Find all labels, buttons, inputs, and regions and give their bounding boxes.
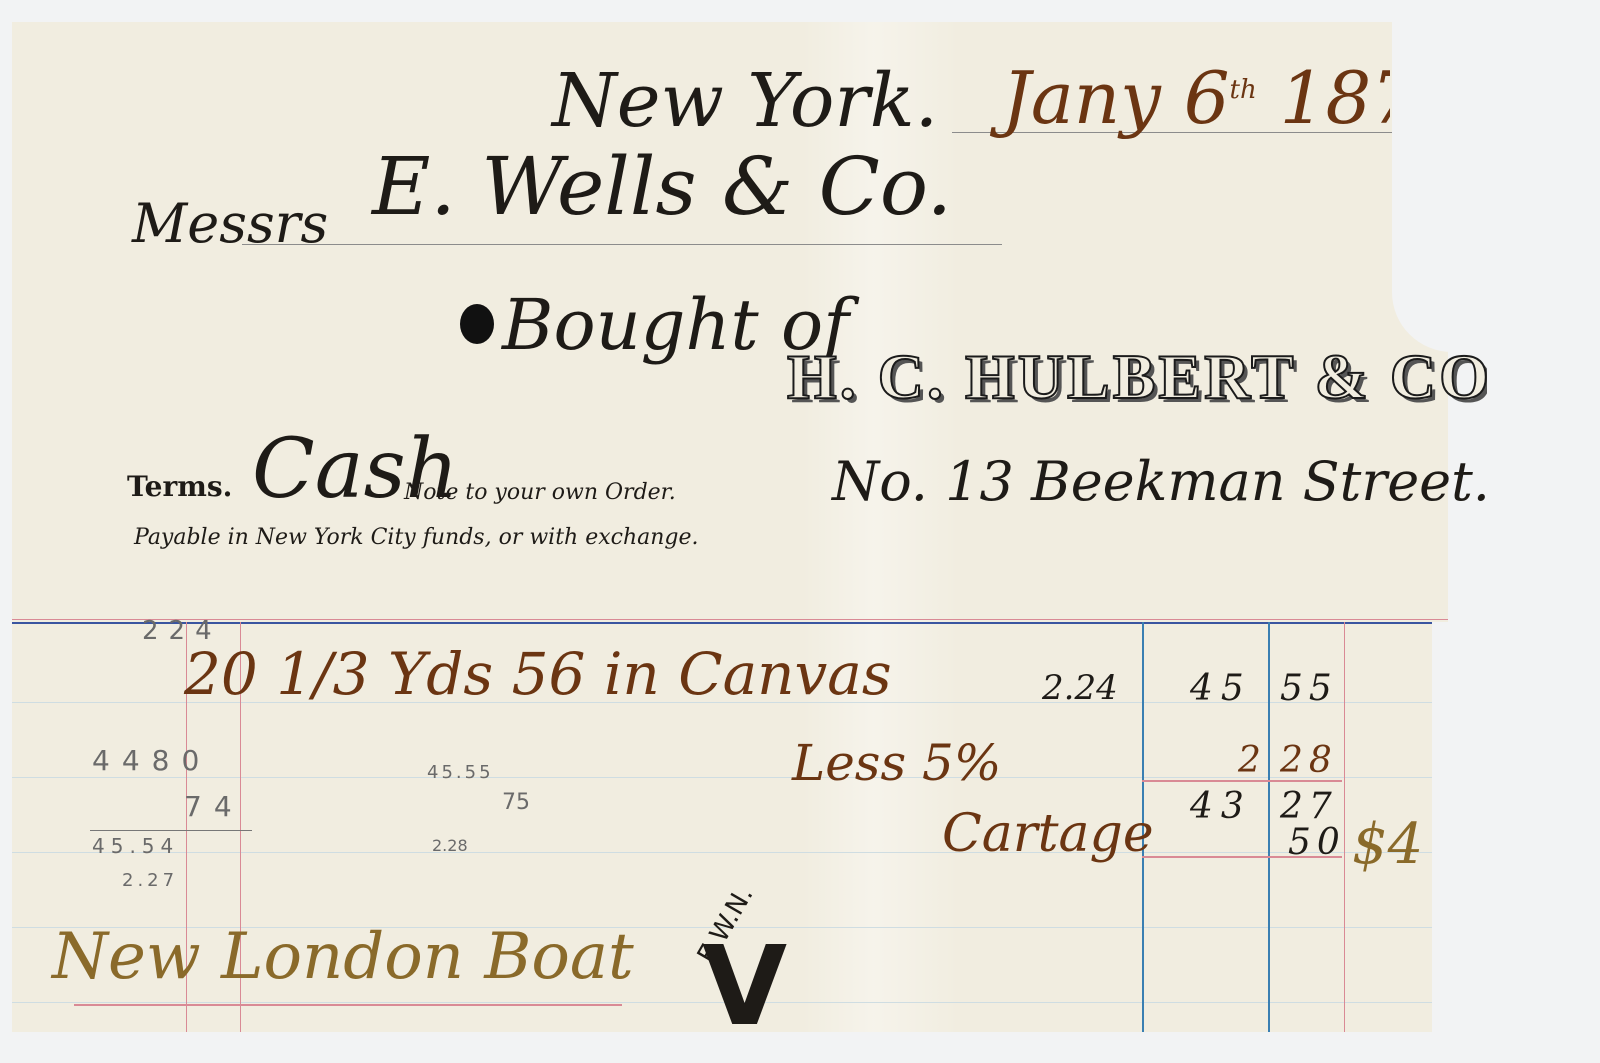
- discount-cents: 28: [1280, 740, 1338, 781]
- discount-dollars: 2: [1238, 740, 1261, 781]
- line-item-dollars: 45: [1190, 668, 1252, 709]
- terms-label: Terms.: [127, 470, 232, 503]
- pencil-calc: 45.54: [92, 834, 179, 858]
- line-item-rate: 2.24: [1042, 668, 1118, 708]
- pencil-calc: 2.27: [122, 870, 178, 891]
- pencil-rule: [90, 830, 252, 831]
- pencil-calc: 74: [184, 790, 244, 823]
- discount-description: Less 5%: [792, 734, 1001, 792]
- cartage-cents: 50: [1288, 822, 1346, 863]
- ledger-top-rule: [12, 622, 1448, 624]
- check-mark: V: [702, 922, 787, 1050]
- date-year: 1872: [1280, 56, 1390, 140]
- city: New York.: [552, 58, 938, 144]
- ledger-line: [12, 852, 1448, 853]
- date-month: Jany: [1002, 56, 1161, 140]
- shipping-rule: [74, 1004, 622, 1006]
- recipient-rule: [242, 244, 1002, 245]
- shipping-note: New London Boat: [52, 920, 634, 994]
- date-day: 6: [1184, 56, 1230, 140]
- line-item-description: 20 1/3 Yds 56 in Canvas: [184, 640, 892, 708]
- ink-blot: [460, 304, 494, 344]
- line-item-cents: 55: [1280, 668, 1338, 709]
- pencil-calc: 2.28: [432, 836, 468, 855]
- salutation: Messrs: [132, 192, 328, 255]
- pencil-calc: 75: [502, 790, 530, 815]
- recipient-name: E. Wells & Co.: [372, 140, 952, 233]
- terms-note: Note to your own Order.: [404, 480, 676, 505]
- pencil-note-top: 224: [142, 616, 222, 646]
- seller-name: H. C. HULBERT & CO.: [787, 340, 1487, 414]
- date-suffix: th: [1230, 75, 1257, 105]
- subtotal-cents: 27: [1280, 786, 1338, 827]
- ledger-line: [12, 777, 1448, 778]
- torn-edge: [1392, 22, 1452, 352]
- torn-edge: [1432, 622, 1462, 1042]
- cartage-description: Cartage: [942, 804, 1154, 864]
- total-fragment: $4: [1352, 812, 1423, 877]
- subtotal-dollars: 43: [1190, 786, 1252, 827]
- seller-address: No. 13 Beekman Street.: [832, 450, 1490, 513]
- ledger-top-red: [12, 619, 1448, 620]
- pencil-calc: 4480: [92, 744, 211, 777]
- payable-note: Payable in New York City funds, or with …: [134, 525, 699, 550]
- invoice-paper: New York. Jany 6th 1872 Messrs E. Wells …: [12, 22, 1448, 1032]
- pencil-calc: 45.55: [427, 762, 494, 783]
- cents-column-rule: [1268, 622, 1270, 1032]
- date: Jany 6th 1872: [1002, 56, 1390, 140]
